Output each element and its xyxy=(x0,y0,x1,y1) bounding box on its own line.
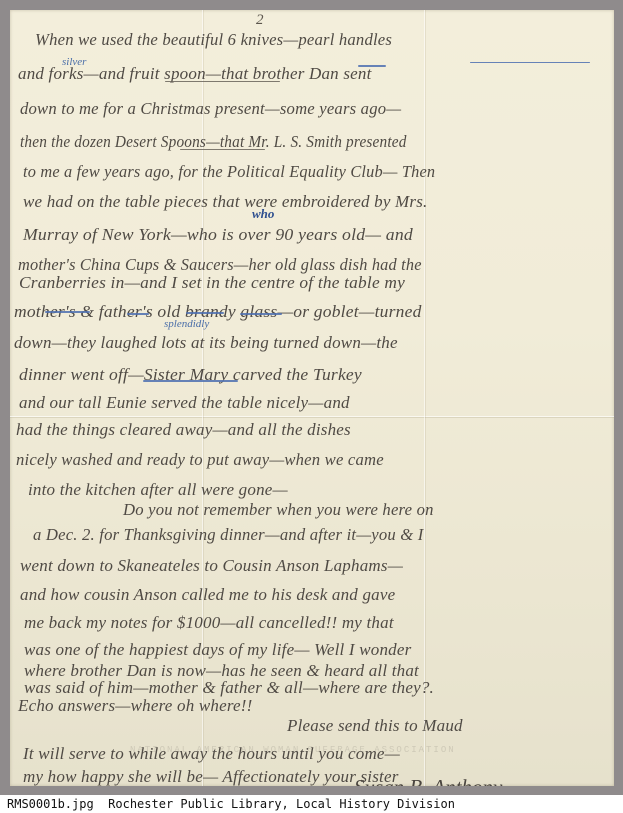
letter-line: a Dec. 2. for Thanksgiving dinner—and af… xyxy=(33,525,423,545)
underline-fathers xyxy=(127,313,149,315)
letterhead-watermark: NATIONAL AMERICAN WOMAN SUFFRAGE ASSOCIA… xyxy=(130,745,456,755)
caption-source: Rochester Public Library, Local History … xyxy=(108,797,455,811)
letter-line: Murray of New York—who is over 90 years … xyxy=(23,225,413,245)
letter-line: and how cousin Anson called me to his de… xyxy=(20,585,395,605)
letter-line: dinner went off—Sister Mary carved the T… xyxy=(19,365,362,385)
image-caption: RMS0001b.jpg Rochester Public Library, L… xyxy=(7,797,455,811)
letter-line: down—they laughed lots at its being turn… xyxy=(14,333,398,353)
page-number: 2 xyxy=(256,12,264,29)
fold-line-vertical-right xyxy=(424,10,425,786)
letter-line: we had on the table pieces that were emb… xyxy=(23,192,427,212)
annotation-who: who xyxy=(252,206,274,222)
letter-line: was said of him—mother & father & all—wh… xyxy=(24,678,434,698)
letter-line: Cranberries in—and I set in the centre o… xyxy=(19,273,405,293)
letter-page: 2 When we used the beautiful 6 knives—pe… xyxy=(10,10,614,786)
scan-frame: 2 When we used the beautiful 6 knives—pe… xyxy=(0,0,623,795)
underline-mothers xyxy=(45,311,90,313)
letter-line: was one of the happiest days of my life—… xyxy=(24,640,411,660)
annotation-splendidly: splendidly xyxy=(164,318,209,330)
letter-line: had the things cleared away—and all the … xyxy=(16,420,351,440)
letter-line: When we used the beautiful 6 knives—pear… xyxy=(35,30,392,50)
letter-line: into the kitchen after all were gone— xyxy=(28,480,288,500)
underline-desert-spoons xyxy=(180,149,265,150)
letter-line: went down to Skaneateles to Cousin Anson… xyxy=(20,556,403,576)
underline-pearl-handles xyxy=(470,62,590,63)
letter-line: nicely washed and ready to put away—when… xyxy=(16,450,384,470)
letter-line: Please send this to Maud xyxy=(287,716,463,736)
letter-line: me back my notes for $1000—all cancelled… xyxy=(24,613,394,633)
letter-line: down to me for a Christmas present—some … xyxy=(20,99,401,119)
underline-old xyxy=(186,312,224,314)
caption-filename: RMS0001b.jpg xyxy=(7,797,94,811)
letter-line: to me a few years ago, for the Political… xyxy=(23,162,435,182)
underline-knives xyxy=(358,65,386,67)
fold-line-horizontal xyxy=(10,416,614,417)
annotation-silver: silver xyxy=(62,56,86,68)
letter-line: mother's China Cups & Saucers—her old gl… xyxy=(18,255,422,275)
underline-christmas-present xyxy=(165,81,280,82)
letter-line: Echo answers—where oh where!! xyxy=(18,696,252,716)
letter-line: Do you not remember when you were here o… xyxy=(123,500,434,520)
letter-line: and our tall Eunie served the table nice… xyxy=(19,393,350,413)
underline-tall-eunie xyxy=(143,380,238,382)
letter-line: my how happy she will be— Affectionately… xyxy=(23,767,399,786)
underline-glass xyxy=(240,313,282,315)
signature: Susan B. Anthony xyxy=(354,775,502,786)
